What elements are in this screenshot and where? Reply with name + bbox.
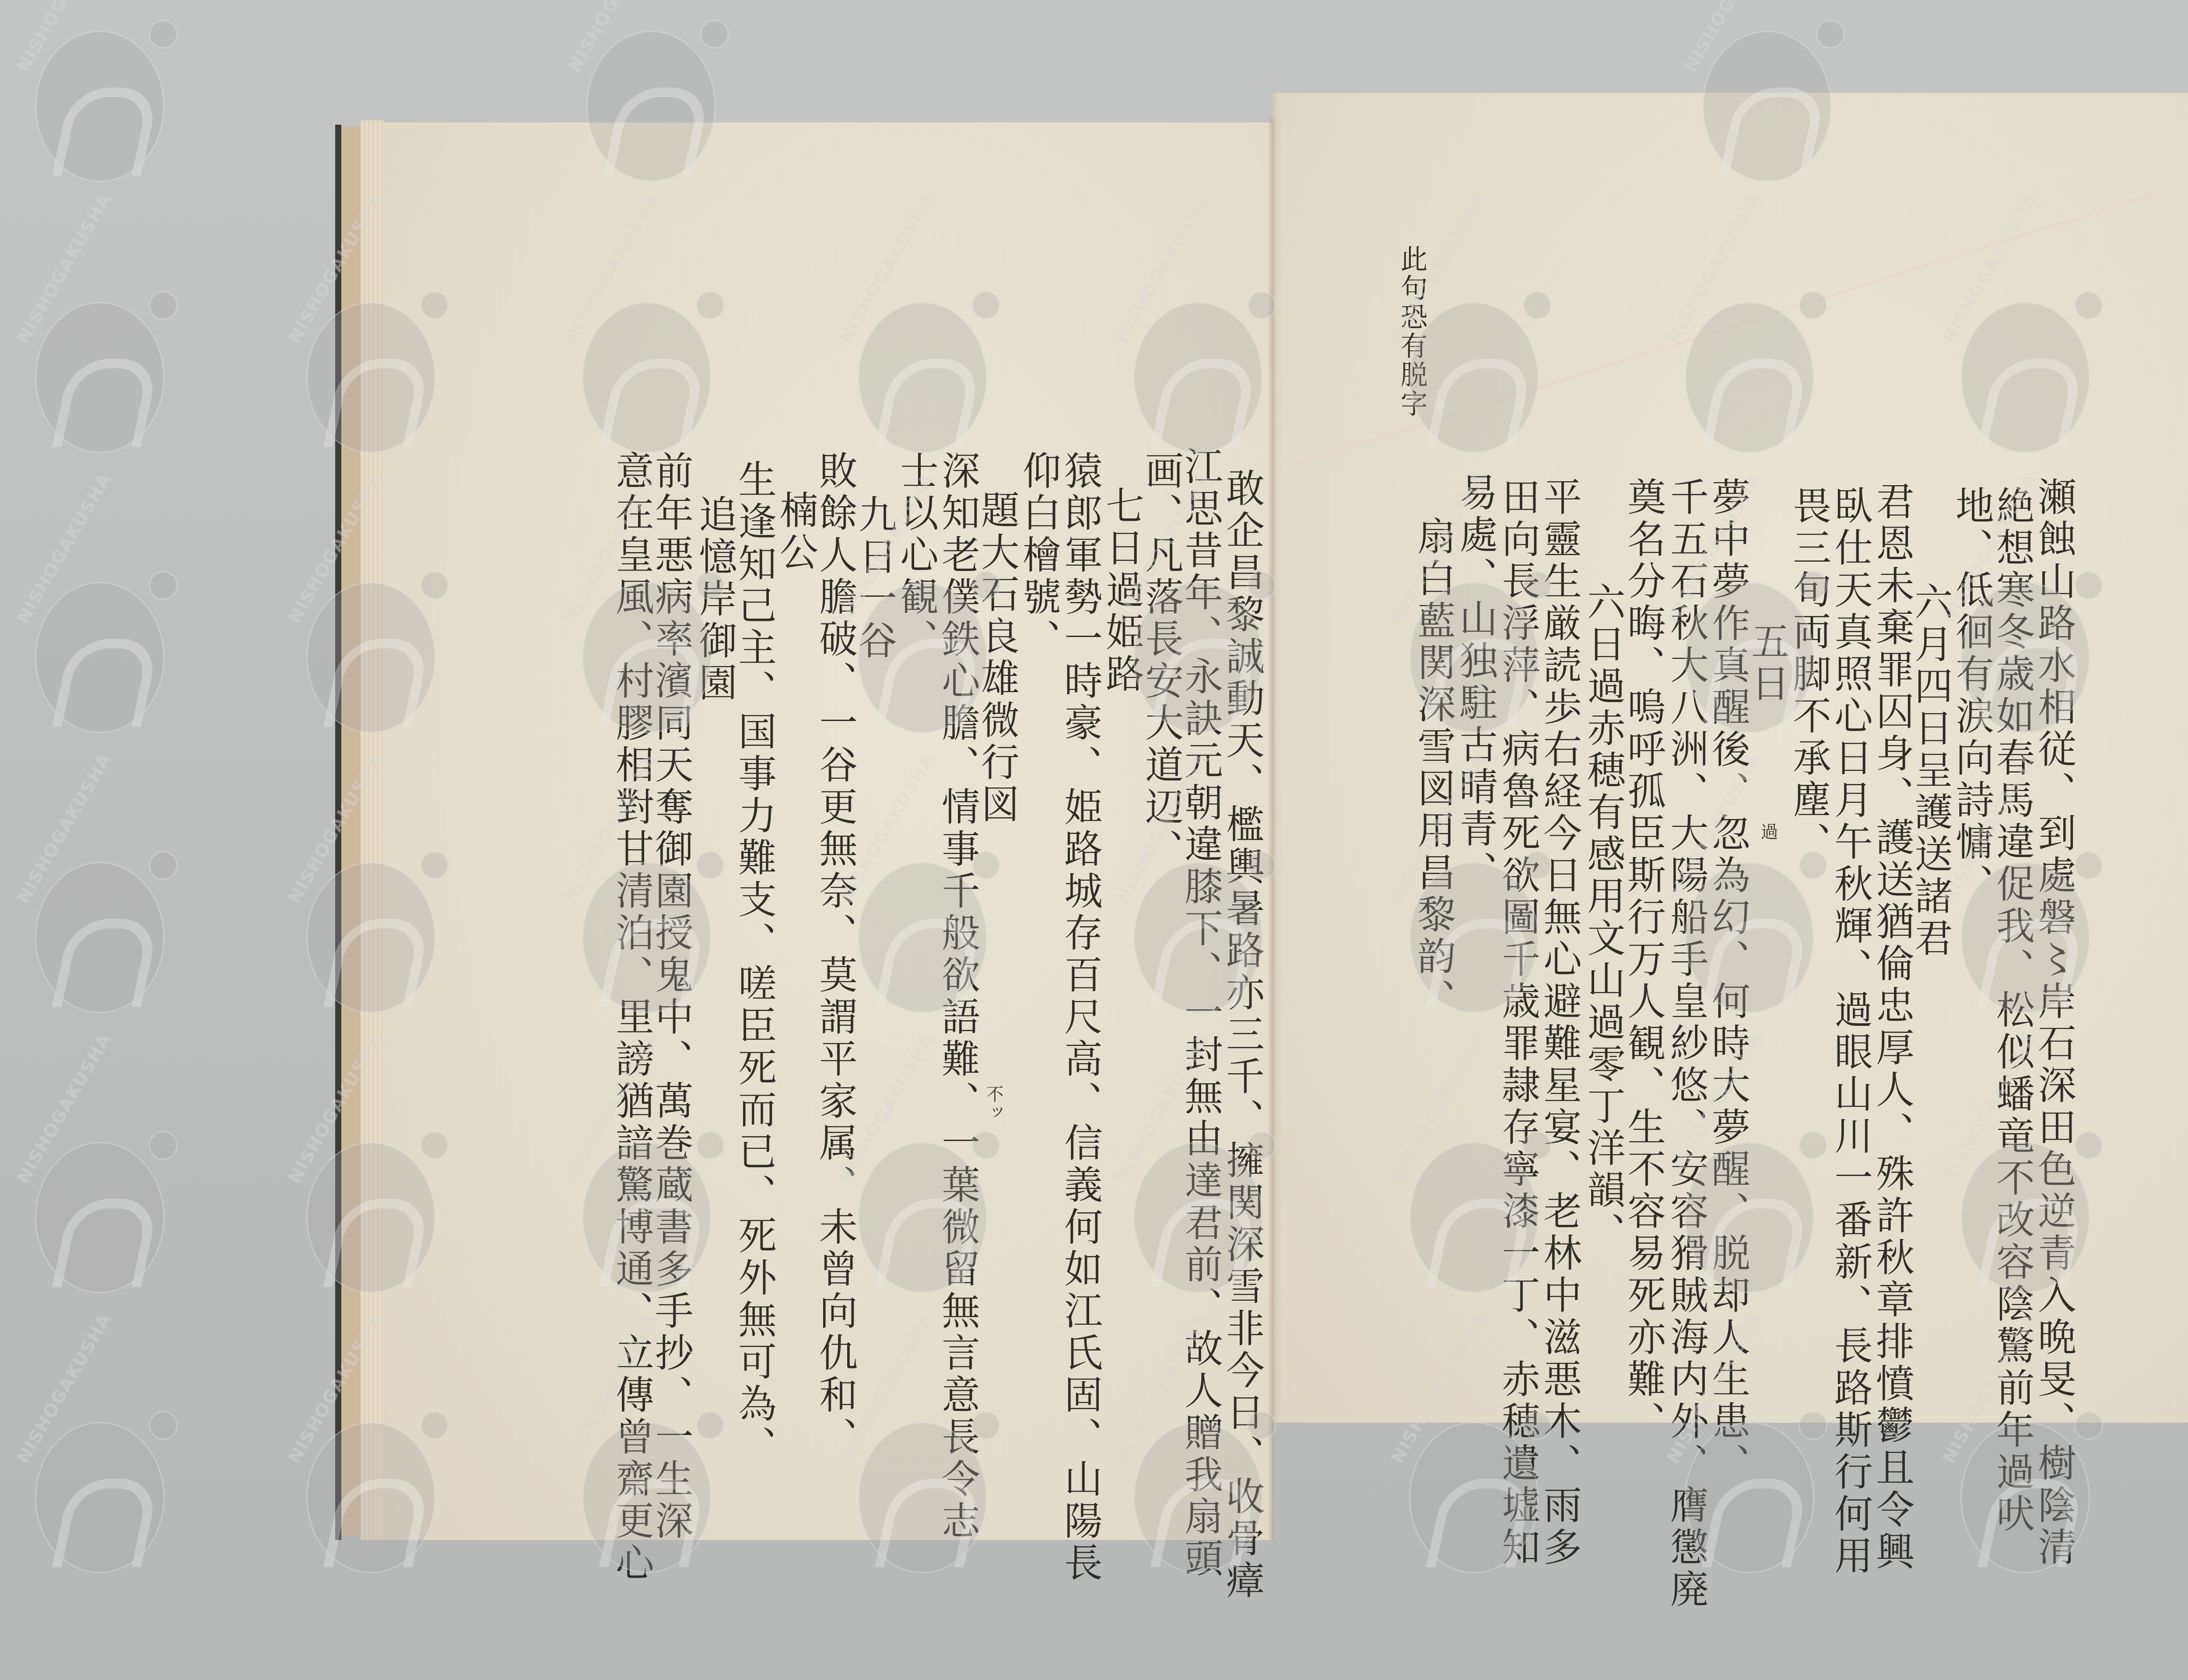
watermark-logo-icon: NISHOGAKUSHA: [9, 0, 193, 184]
watermark-logo-icon: NISHOGAKUSHA: [280, 271, 464, 455]
watermark-logo-icon: NISHOGAKUSHA: [1107, 271, 1291, 455]
watermark-logo-icon: NISHOGAKUSHA: [560, 0, 744, 184]
watermark-logo-icon: NISHOGAKUSHA: [1659, 831, 1842, 1015]
watermark-logo-icon: NISHOGAKUSHA: [1659, 551, 1842, 735]
watermark-logo-icon: NISHOGAKUSHA: [9, 831, 193, 1015]
watermark-logo-icon: NISHOGAKUSHA: [1383, 1391, 1567, 1575]
watermark-logo-icon: NISHOGAKUSHA: [1659, 271, 1842, 455]
watermark-logo-icon: NISHOGAKUSHA: [831, 551, 1015, 735]
watermark-logo-icon: NISHOGAKUSHA: [831, 271, 1015, 455]
watermark-logo-icon: NISHOGAKUSHA: [1934, 831, 2118, 1015]
watermark-logo-icon: NISHOGAKUSHA: [280, 551, 464, 735]
watermark-logo-icon: NISHOGAKUSHA: [1659, 1111, 1842, 1295]
watermark-logo-icon: NISHOGAKUSHA: [1107, 1111, 1291, 1295]
watermark-layer: NISHOGAKUSHANISHOGAKUSHANISHOGAKUSHANISH…: [0, 0, 2188, 1680]
watermark-logo-icon: NISHOGAKUSHA: [1934, 551, 2118, 735]
watermark-logo-icon: NISHOGAKUSHA: [9, 1391, 193, 1575]
watermark-logo-icon: NISHOGAKUSHA: [280, 1391, 464, 1575]
watermark-logo-icon: NISHOGAKUSHA: [1383, 1111, 1567, 1295]
watermark-logo-icon: NISHOGAKUSHA: [1383, 831, 1567, 1015]
watermark-logo-icon: NISHOGAKUSHA: [556, 1391, 740, 1575]
watermark-logo-icon: NISHOGAKUSHA: [831, 1391, 1015, 1575]
watermark-logo-icon: NISHOGAKUSHA: [1107, 551, 1291, 735]
watermark-logo-icon: NISHOGAKUSHA: [1934, 1391, 2118, 1575]
watermark-logo-icon: NISHOGAKUSHA: [280, 1111, 464, 1295]
watermark-logo-icon: NISHOGAKUSHA: [9, 551, 193, 735]
watermark-logo-icon: NISHOGAKUSHA: [280, 831, 464, 1015]
watermark-logo-icon: NISHOGAKUSHA: [9, 1111, 193, 1295]
watermark-logo-icon: NISHOGAKUSHA: [556, 271, 740, 455]
watermark-logo-icon: NISHOGAKUSHA: [556, 551, 740, 735]
watermark-logo-icon: NISHOGAKUSHA: [1676, 0, 1860, 184]
watermark-logo-icon: NISHOGAKUSHA: [9, 271, 193, 455]
watermark-logo-icon: NISHOGAKUSHA: [831, 831, 1015, 1015]
watermark-logo-icon: NISHOGAKUSHA: [1934, 271, 2118, 455]
watermark-logo-icon: NISHOGAKUSHA: [1107, 831, 1291, 1015]
watermark-logo-icon: NISHOGAKUSHA: [1383, 271, 1567, 455]
watermark-logo-icon: NISHOGAKUSHA: [556, 831, 740, 1015]
watermark-logo-icon: NISHOGAKUSHA: [1383, 551, 1567, 735]
watermark-logo-icon: NISHOGAKUSHA: [1107, 1391, 1291, 1575]
watermark-logo-icon: NISHOGAKUSHA: [831, 1111, 1015, 1295]
watermark-logo-icon: NISHOGAKUSHA: [1659, 1391, 1842, 1575]
watermark-logo-icon: NISHOGAKUSHA: [556, 1111, 740, 1295]
watermark-logo-icon: NISHOGAKUSHA: [1934, 1111, 2118, 1295]
